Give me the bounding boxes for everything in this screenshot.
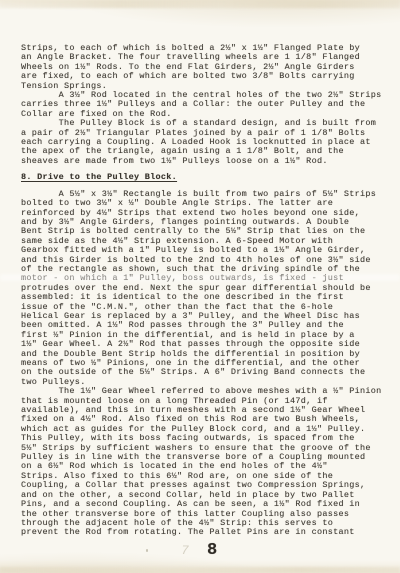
paragraph-rectangle-and-differential: A 5½" x 3½" Rectangle is built from two … (21, 190, 387, 388)
paragraph-carriage-strips: Strips, to each of which is bolted a 2½"… (21, 44, 387, 91)
section-heading-drive-to-pulley-block: 8. Drive to the Pulley Block. (21, 173, 387, 182)
scan-edge-bottom (0, 567, 400, 573)
ghost-page-number: 7 (179, 543, 190, 558)
page-number: 8 (207, 541, 217, 560)
scan-crease-line (0, 274, 400, 281)
paragraph-rod-and-pulleys: A 3½" Rod located in the central holes o… (21, 91, 387, 119)
scan-edge-top (0, 0, 400, 8)
paragraph-pulley-block: The Pulley Block is of a standard design… (21, 119, 387, 166)
paragraph-gear-wheel-drive: The 1½" Gear Wheel referred to above mes… (21, 387, 387, 538)
scanned-document-page: Strips, to each of which is bolted a 2½"… (0, 0, 400, 573)
document-text-block: Strips, to each of which is bolted a 2½"… (21, 44, 387, 538)
scan-speck (146, 549, 148, 552)
